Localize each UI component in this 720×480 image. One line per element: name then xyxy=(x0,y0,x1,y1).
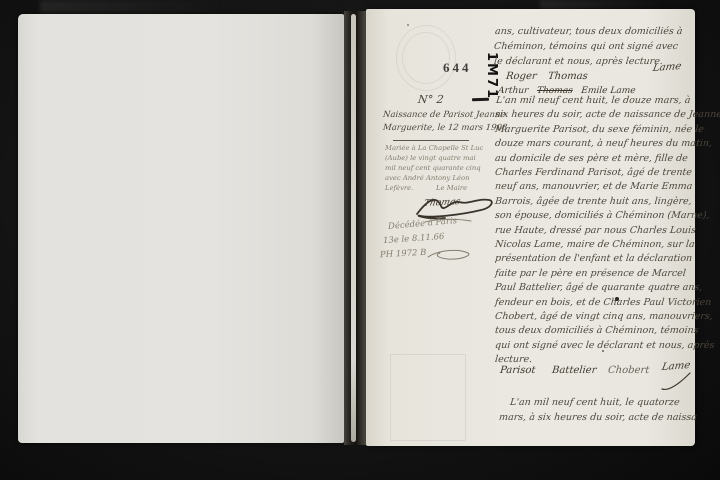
birth-act-line: au domicile de ses père et mère, fille d… xyxy=(494,152,688,166)
signature-paraph xyxy=(658,371,694,393)
birth-act-line: faite par le père en présence de Marcel xyxy=(494,267,686,281)
birth-act-line: présentation de l'enfant et la déclarati… xyxy=(494,252,693,266)
act-title-line2: Marguerite, le 12 mars 1908 xyxy=(382,123,507,133)
birth-act-line: douze mars courant, à neuf heures du mat… xyxy=(494,137,712,151)
birth-act-line: Paul Battelier, âgé de quarante quatre a… xyxy=(494,281,703,295)
folio-number-stamp: 644 xyxy=(443,60,472,76)
marriage-note-le-maire: Le Maire xyxy=(436,184,467,192)
death-note-line: 13e le 8.11.66 xyxy=(383,232,445,246)
marriage-note-line: (Aube) le vingt quatre mai xyxy=(385,154,476,162)
birth-act-line: Nicolas Lame, maire de Chéminon, sur la xyxy=(494,238,695,252)
birth-act-line: Charles Ferdinand Parisot, âgé de trente xyxy=(494,166,692,180)
death-note-line: Décédée à Paris xyxy=(388,216,458,232)
birth-act-line: Barrois, âgée de trente huit ans, lingèr… xyxy=(494,195,692,209)
act-title-line1: Naissance de Parisot Jeanne xyxy=(382,110,505,120)
marriage-note-line: Mariée à La Chapelle St Luc xyxy=(385,144,483,152)
show-through-box xyxy=(390,354,466,441)
next-act-line: mars, à six heures du soir, acte de nais… xyxy=(498,411,697,425)
previous-act-signature-mayor: Lame xyxy=(652,61,682,74)
marriage-note-line: avec André Antony Léon xyxy=(385,174,469,182)
act-number: N° 2 xyxy=(417,93,444,106)
blind-stamp-mark-inner xyxy=(402,32,450,84)
previous-act-signature-roger: Roger xyxy=(505,71,537,82)
birth-act-signature-parisot: Parisot xyxy=(499,365,536,376)
margin-rule xyxy=(393,140,469,141)
ink-blot xyxy=(615,297,619,301)
birth-act-line: son épouse, domiciliés à Chéminon (Marne… xyxy=(494,209,710,223)
background-streak xyxy=(40,0,300,14)
previous-act-line: ans, cultivateur, tous deux domiciliés à xyxy=(494,25,683,39)
ink-speck xyxy=(407,24,409,26)
ink-speck xyxy=(602,350,604,352)
birth-act-line: Marguerite Parisot, du sexe féminin, née… xyxy=(494,123,704,137)
previous-act-line: Chéminon, témoins qui ont signé avec xyxy=(493,40,678,54)
birth-act-line: six heures du soir, acte de naissance de… xyxy=(494,108,720,122)
birth-act-signature-chobert: Chobert xyxy=(607,365,649,376)
next-act-line: L'an mil neuf cent huit, le quatorze xyxy=(509,396,680,410)
birth-act-line: tous deux domiciliés à Chéminon, témoins xyxy=(494,324,699,338)
register-right-page: 644 1M71 ans, cultivateur, tous deux dom… xyxy=(366,9,695,446)
death-note-paraph xyxy=(426,247,472,263)
birth-act-line: L'an mil neuf cent huit, le douze mars, … xyxy=(495,94,691,108)
death-note-reference: PH 1972 B xyxy=(380,248,427,260)
birth-act-line: qui ont signé avec le déclarant et nous,… xyxy=(494,339,715,353)
bold-dash-mark xyxy=(472,98,489,102)
previous-act-line: le déclarant et nous, après lecture. xyxy=(493,55,663,69)
scanned-register-photo: 644 1M71 ans, cultivateur, tous deux dom… xyxy=(0,0,720,480)
birth-act-line: rue Haute, dressé par nous Charles Louis xyxy=(494,224,696,238)
mayor-signature-text: Thomas xyxy=(422,197,461,209)
birth-act-line: Chobert, âgé de vingt cinq ans, manouvri… xyxy=(494,310,713,324)
marriage-note-line: mil neuf cent quarante cinq xyxy=(385,164,481,172)
birth-act-line: neuf ans, manouvrier, et de Marie Emma xyxy=(494,180,693,194)
birth-act-signature-battelier: Battelier xyxy=(551,365,597,376)
register-left-page xyxy=(18,14,344,443)
previous-act-signature-thomas: Thomas xyxy=(547,71,588,82)
birth-act-line: fendeur en bois, et de Charles Paul Vict… xyxy=(494,296,712,310)
page-fold-edge xyxy=(351,14,356,442)
marriage-note-line: Lefèvre. xyxy=(385,184,413,192)
